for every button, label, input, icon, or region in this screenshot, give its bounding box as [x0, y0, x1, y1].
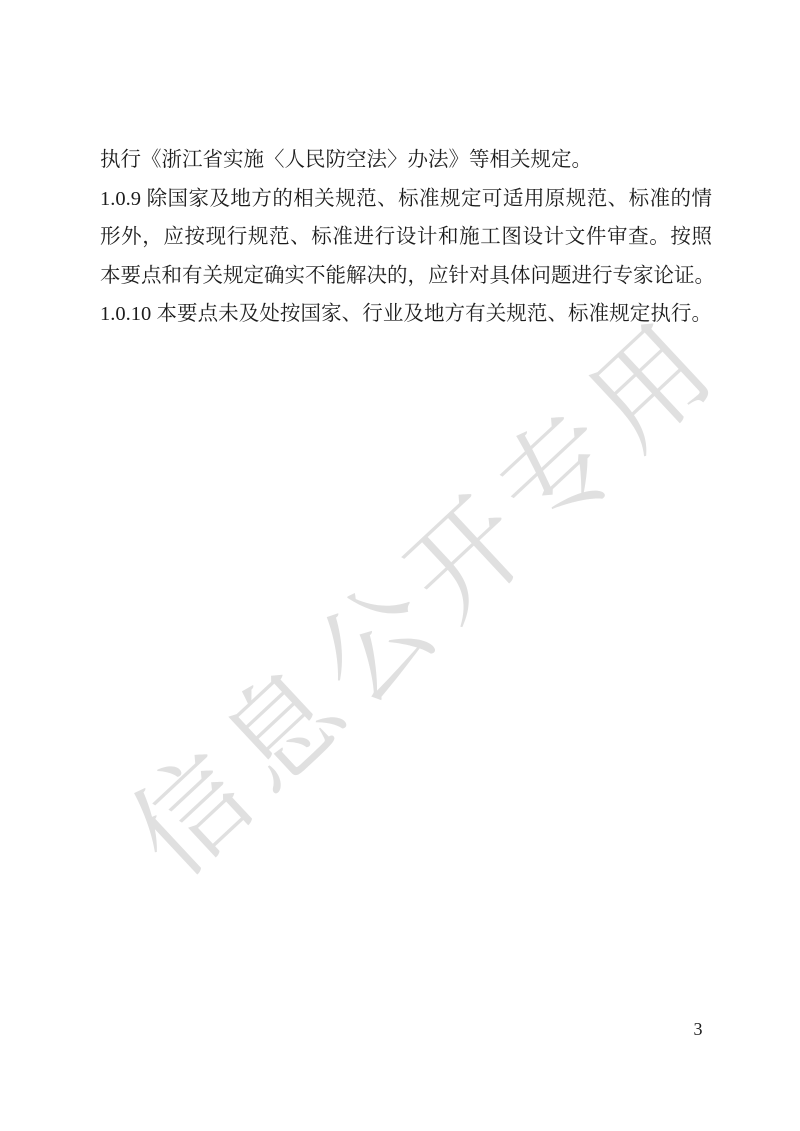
- diagonal-watermark: 信息公开专用: [90, 274, 750, 905]
- paragraph-continuation-line: 执行《浙江省实施〈人民防空法〉办法》等相关规定。: [100, 141, 712, 180]
- page-number: 3: [688, 1019, 708, 1040]
- clause-1-0-9-line-3: 本要点和有关规定确实不能解决的，应针对具体问题进行专家论证。: [100, 257, 712, 296]
- clause-1-0-10-line: 1.0.10 本要点未及处按国家、行业及地方有关规范、标准规定执行。: [100, 295, 712, 334]
- clause-1-0-9-line-1: 1.0.9 除国家及地方的相关规范、标准规定可适用原规范、标准的情: [100, 180, 712, 219]
- body-text-block: 执行《浙江省实施〈人民防空法〉办法》等相关规定。 1.0.9 除国家及地方的相关…: [100, 141, 712, 334]
- clause-1-0-9-line-2: 形外，应按现行规范、标准进行设计和施工图设计文件审查。按照: [100, 218, 712, 257]
- document-page: 信息公开专用 执行《浙江省实施〈人民防空法〉办法》等相关规定。 1.0.9 除国…: [0, 0, 800, 1131]
